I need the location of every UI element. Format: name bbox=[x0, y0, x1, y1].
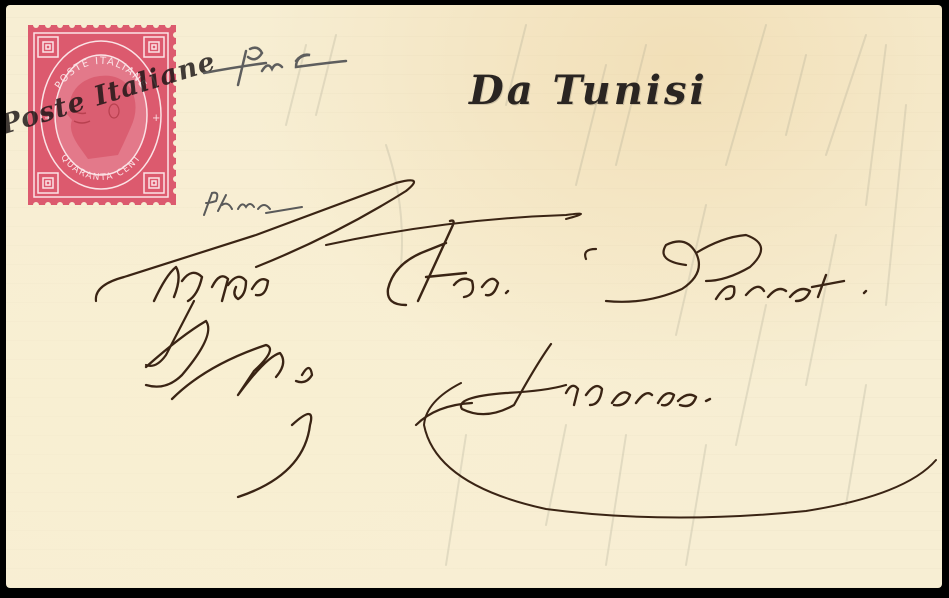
pencil-note-top bbox=[204, 48, 346, 85]
pencil-note-below-stamp bbox=[204, 193, 302, 215]
manuscript-address bbox=[6, 5, 942, 588]
postal-cover: POSTE ITALIANE QUARANTA CENT + + Poste I… bbox=[6, 5, 942, 588]
